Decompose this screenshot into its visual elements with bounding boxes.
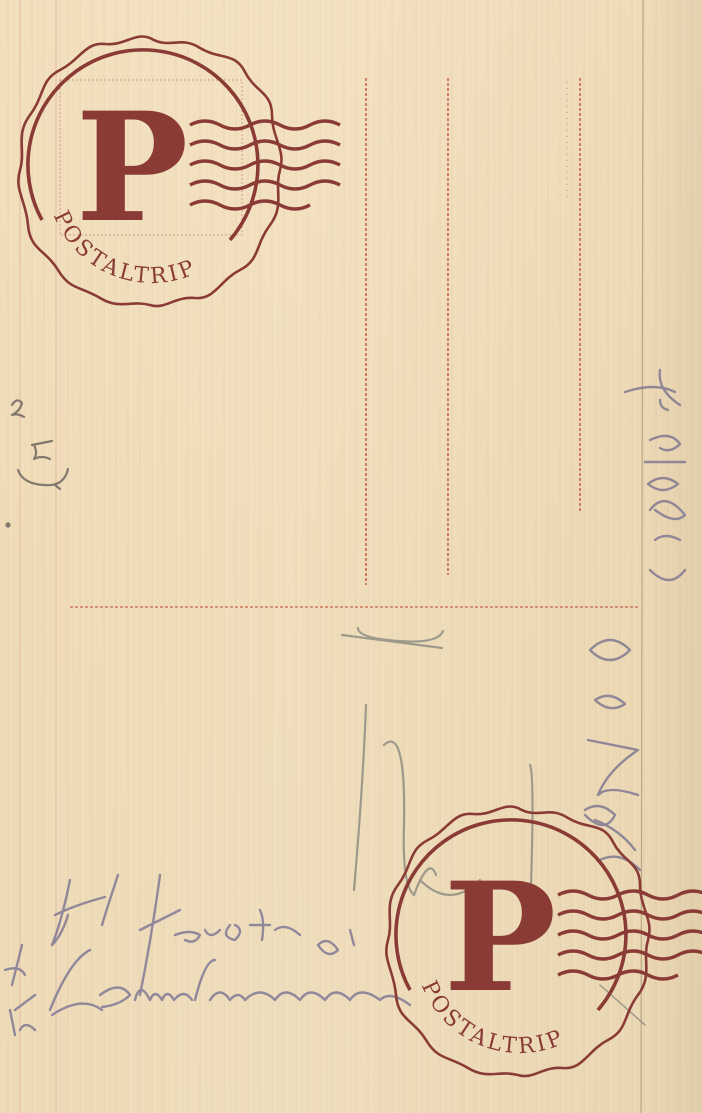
svg-text:P: P (444, 850, 557, 1026)
postaltrip-watermark-bottom: P POSTALTRIP (386, 806, 702, 1076)
postcard-artwork: P POSTALTRIP P POSTALTRIP (0, 0, 702, 1113)
pencil-handwriting (5, 370, 685, 1035)
postaltrip-watermark-top: P POSTALTRIP (18, 36, 340, 306)
left-edge-lines (20, 0, 60, 1113)
right-fold-line (641, 0, 643, 1113)
svg-text:P: P (76, 80, 189, 256)
